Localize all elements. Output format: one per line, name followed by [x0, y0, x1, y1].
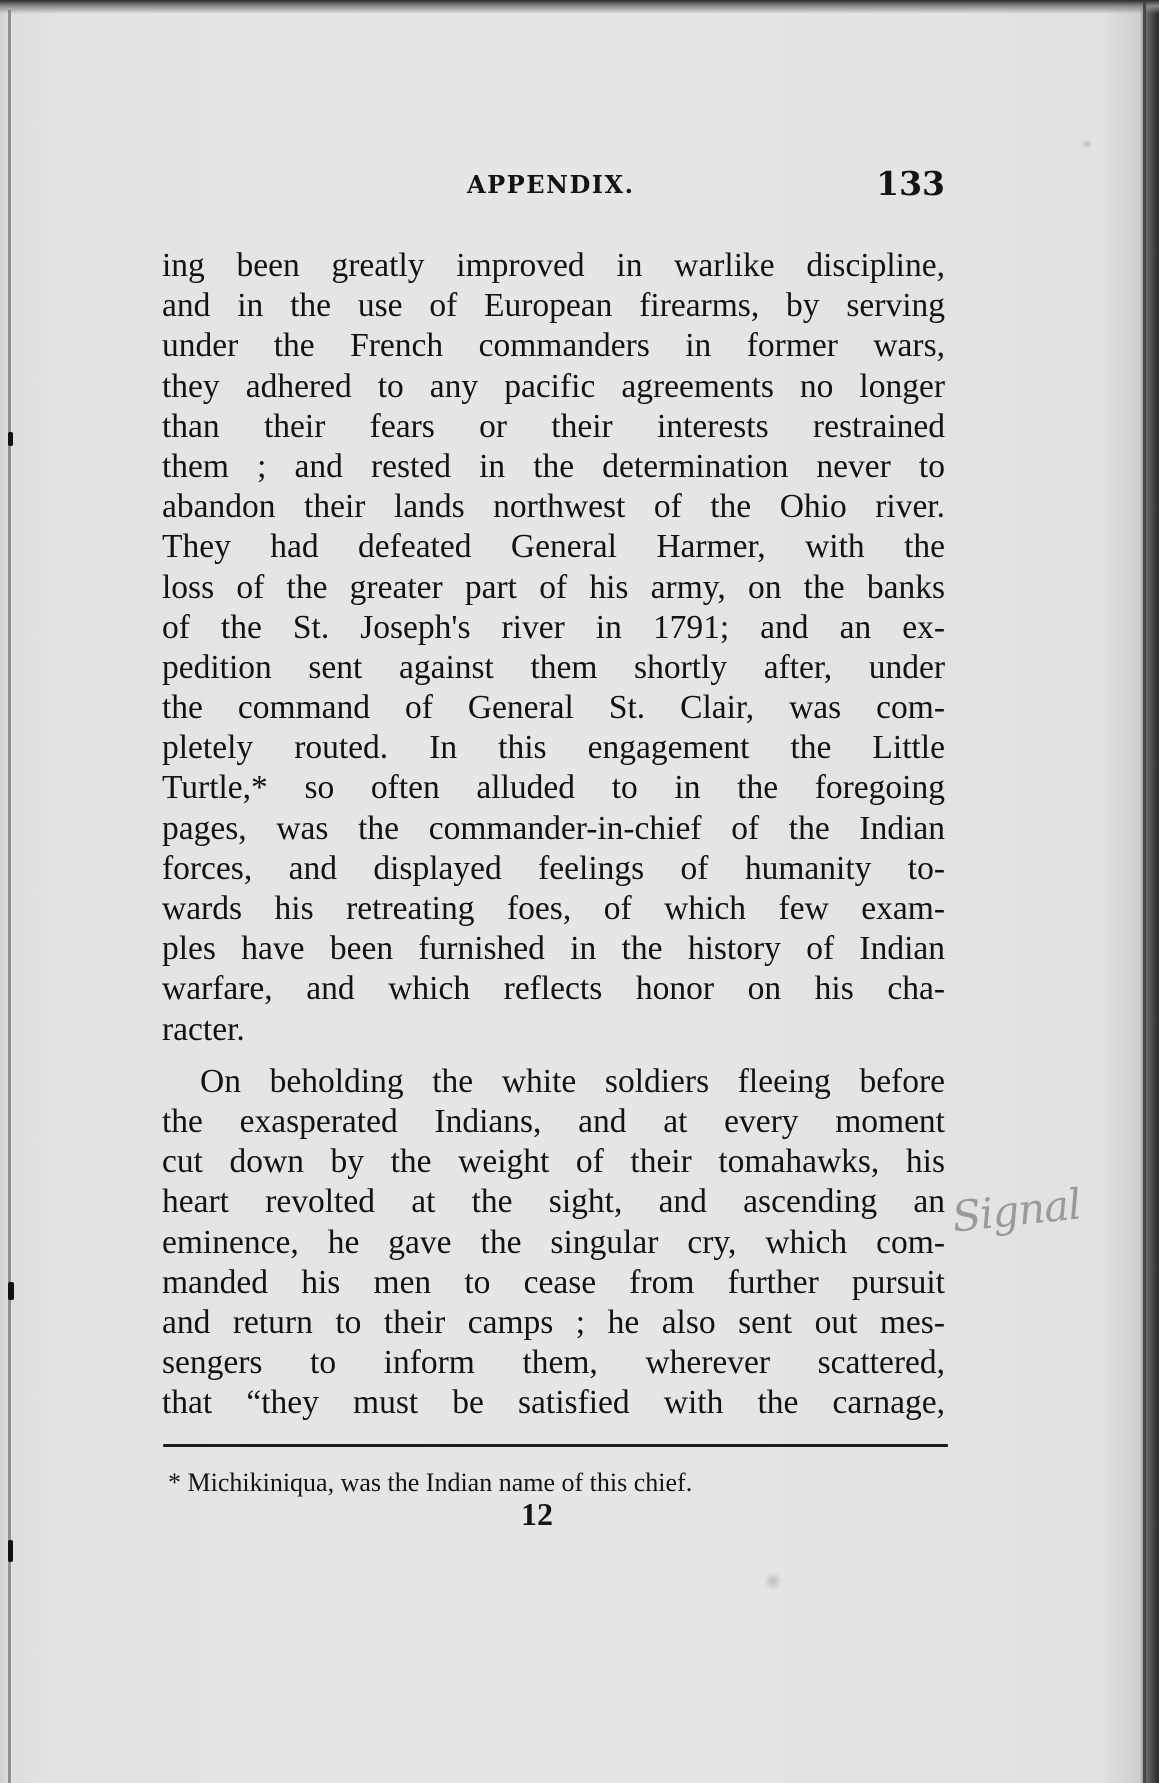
text-line: that “they must be satisfied with the ca… — [162, 1383, 945, 1423]
binding-mark — [8, 1282, 14, 1300]
page-number: 133 — [876, 164, 945, 203]
text-line: manded his men to cease from further pur… — [162, 1263, 945, 1303]
text-line: pages, was the commander-in-chief of the… — [162, 809, 945, 849]
text-line: sengers to inform them, wherever scatter… — [162, 1343, 945, 1383]
gutter-line — [8, 10, 11, 1783]
text-line: Turtle,* so often alluded to in the fore… — [162, 768, 945, 808]
text-line: the command of General St. Clair, was co… — [162, 688, 945, 728]
text-line: of the St. Joseph's river in 1791; and a… — [162, 608, 945, 648]
binding-mark — [8, 432, 13, 446]
text-line: ing been greatly improved in warlike dis… — [162, 246, 945, 286]
text-line: heart revolted at the sight, and ascendi… — [162, 1182, 945, 1222]
running-head-title: APPENDIX. — [467, 170, 634, 199]
paper-smudge — [1080, 140, 1094, 148]
text-line: wards his retreating foes, of which few … — [162, 889, 945, 929]
text-line: the exasperated Indians, and at every mo… — [162, 1102, 945, 1142]
paper-smudge — [765, 1570, 781, 1592]
text-line: ples have been furnished in the history … — [162, 929, 945, 969]
book-page: APPENDIX. 133 ing been greatly improved … — [0, 0, 1159, 1783]
text-line: eminence, he gave the singular cry, whic… — [162, 1223, 945, 1263]
footnote: * Michikiniqua, was the Indian name of t… — [168, 1468, 948, 1498]
text-line: pedition sent against them shortly after… — [162, 648, 945, 688]
running-head: APPENDIX. 133 — [160, 170, 945, 210]
signature-mark: 12 — [521, 1496, 553, 1533]
paragraph-gap — [162, 1050, 945, 1062]
text-line: cut down by the weight of their tomahawk… — [162, 1142, 945, 1182]
text-line: and in the use of European firearms, by … — [162, 286, 945, 326]
text-line: loss of the greater part of his army, on… — [162, 568, 945, 608]
text-line: and return to their camps ; he also sent… — [162, 1303, 945, 1343]
text-line: under the French commanders in former wa… — [162, 326, 945, 366]
text-line: They had defeated General Harmer, with t… — [162, 527, 945, 567]
text-line: they adhered to any pacific agreements n… — [162, 367, 945, 407]
page-top-shadow — [0, 0, 1159, 14]
binding-mark — [8, 1540, 13, 1562]
text-line: abandon their lands northwest of the Ohi… — [162, 487, 945, 527]
text-line: On beholding the white soldiers fleeing … — [162, 1062, 945, 1102]
text-line: pletely routed. In this engagement the L… — [162, 728, 945, 768]
text-line: warfare, and which reflects honor on his… — [162, 969, 945, 1009]
page-right-edge — [1143, 0, 1146, 1783]
footnote-divider — [163, 1444, 948, 1447]
text-line: than their fears or their interests rest… — [162, 407, 945, 447]
handwritten-marginalia: Signal — [950, 1179, 1083, 1241]
text-line: forces, and displayed feelings of humani… — [162, 849, 945, 889]
text-line: them ; and rested in the determination n… — [162, 447, 945, 487]
text-line: racter. — [162, 1010, 945, 1050]
body-text: ing been greatly improved in warlike dis… — [162, 246, 945, 1423]
